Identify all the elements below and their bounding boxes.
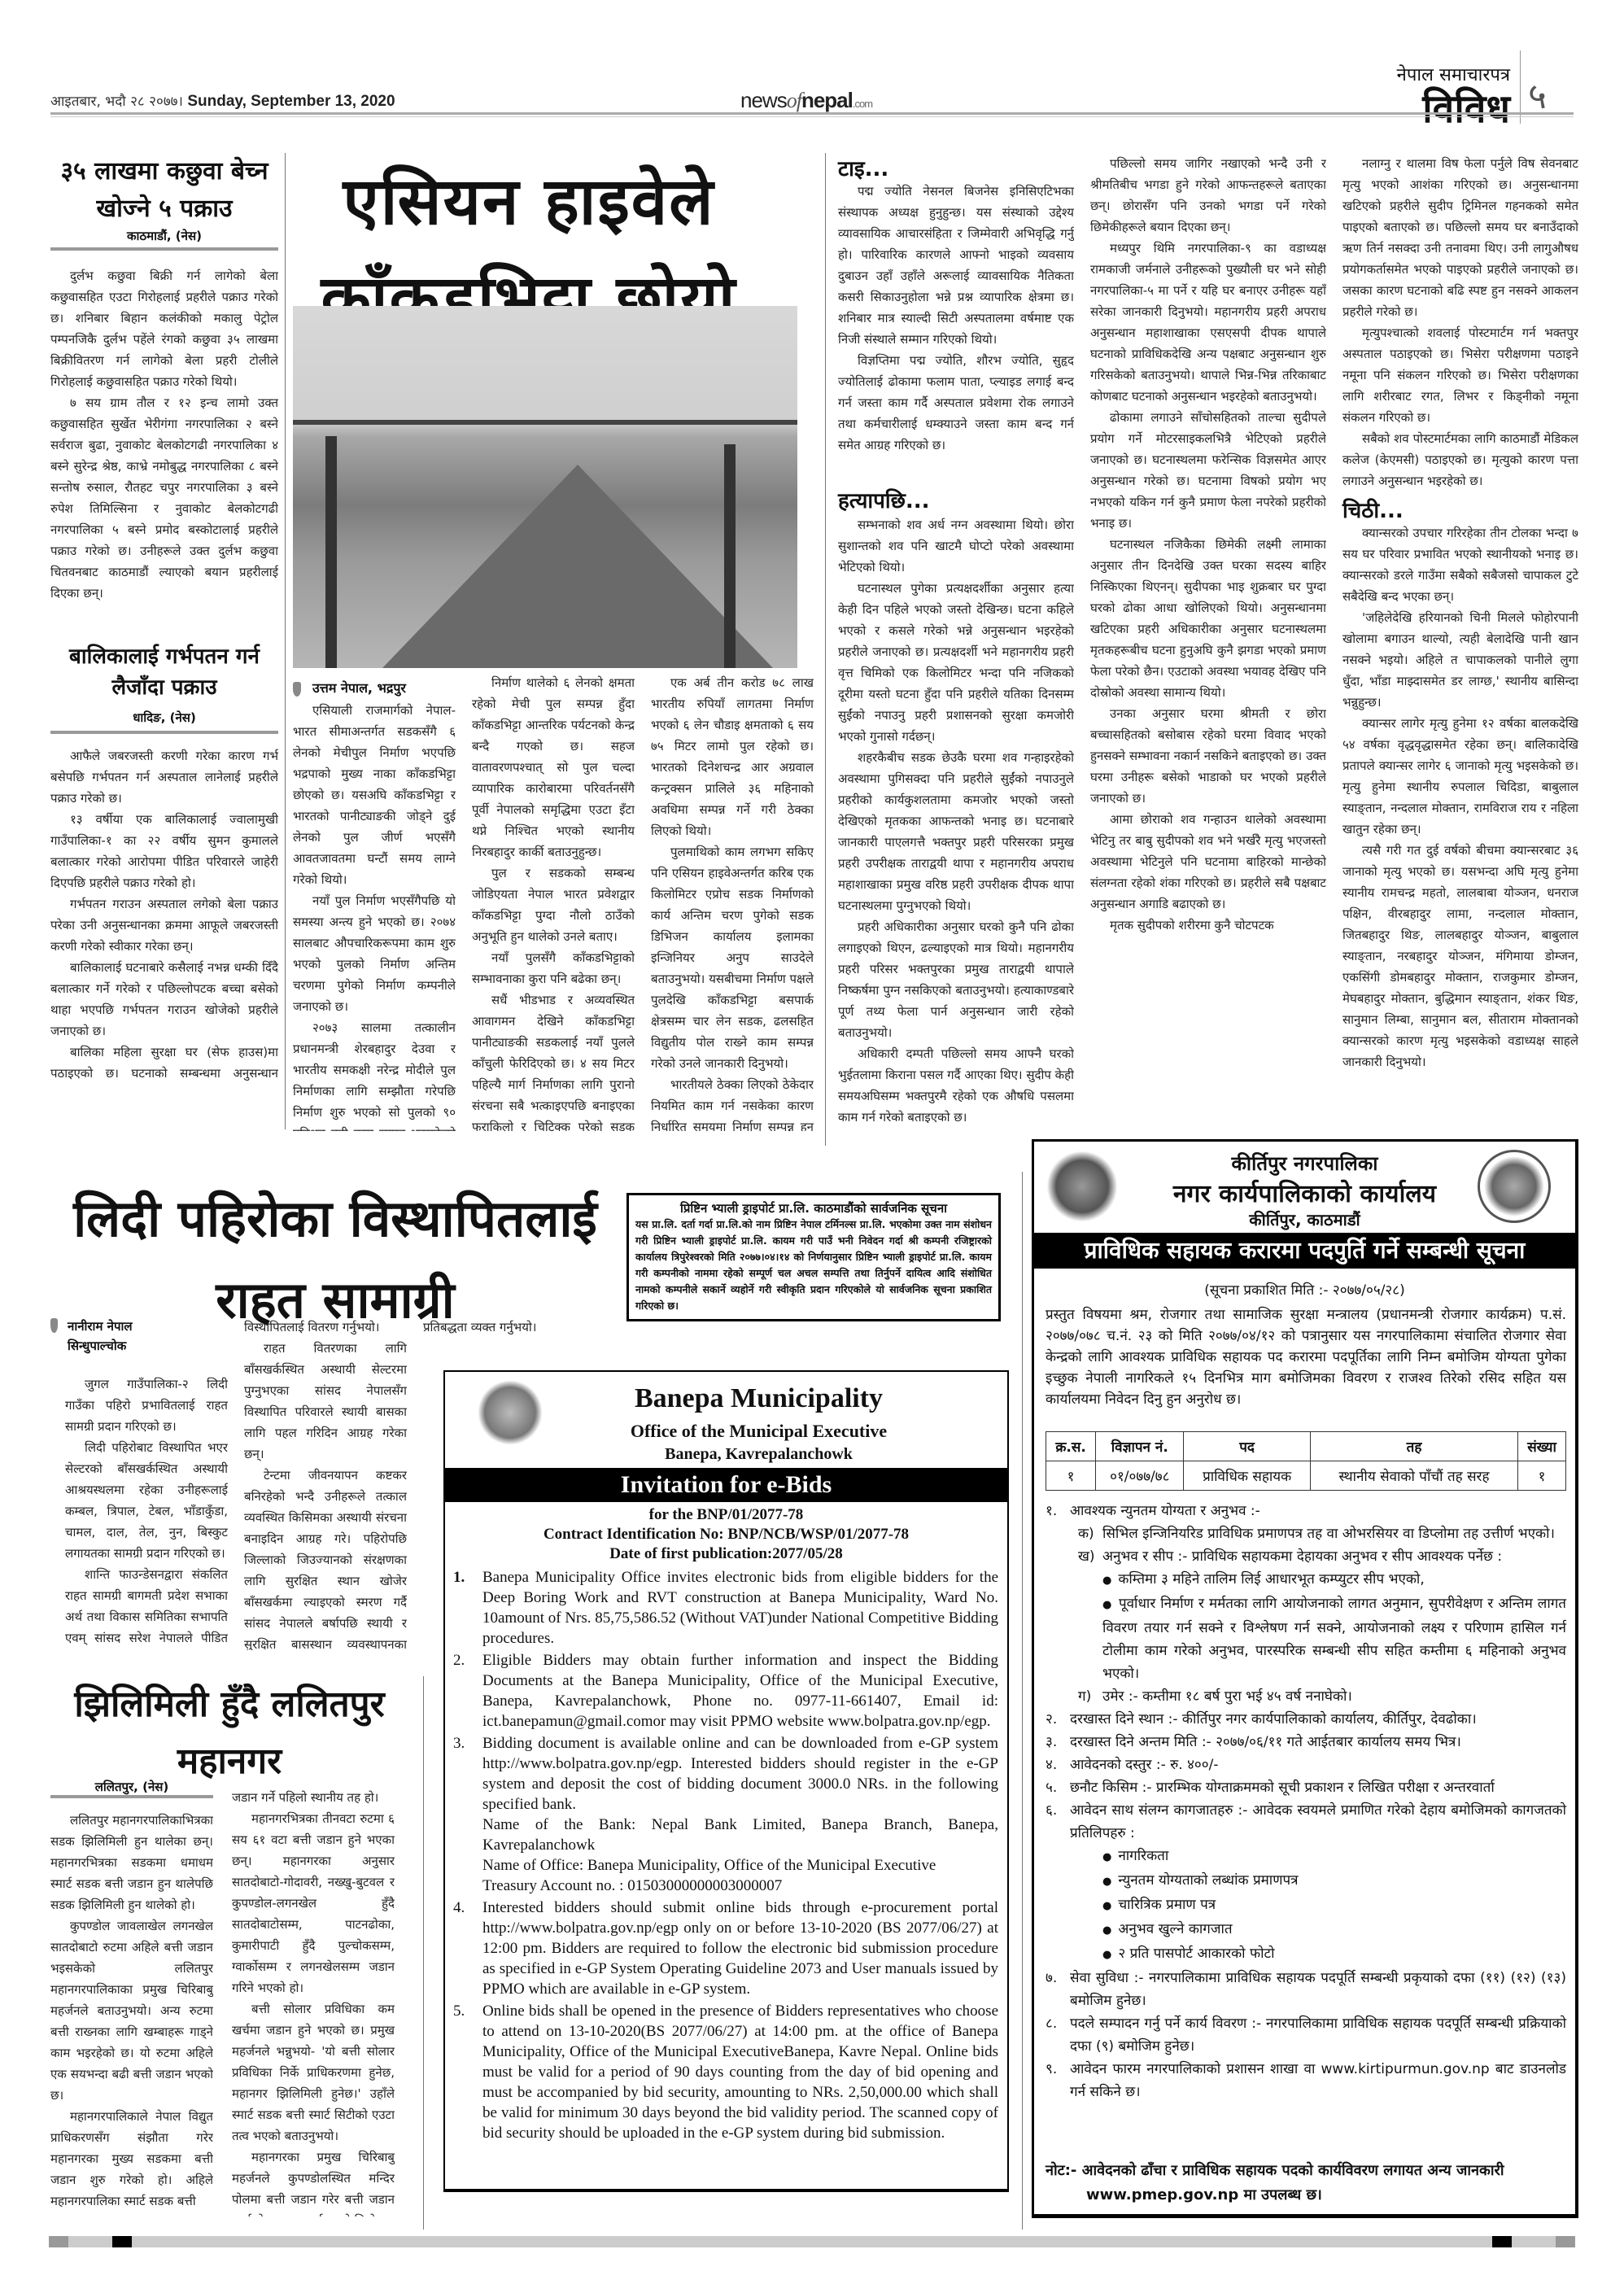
paragraph: प्रतिबद्धता व्यक्त गर्नुभयो।: [423, 1317, 602, 1338]
item-number: 1.: [453, 1567, 482, 1649]
paragraph: दुर्लभ कछुवा बिक्री गर्न लागेको बेला कछु…: [50, 265, 278, 392]
qual-ga: ग)उमेर :- कम्तीमा १८ बर्ष पुरा भई ४५ वर्…: [1078, 1685, 1566, 1708]
photo-railing: [293, 420, 797, 425]
footer-bar: [50, 2236, 1574, 2247]
paragraph: घटनास्थल पुगेका प्रत्यक्षदर्शीका अनुसार …: [838, 578, 1074, 747]
banepa-office: Office of the Municipal Executive: [445, 1421, 1007, 1442]
banepa-meta: for the BNP/01/2077-78 Contract Identifi…: [445, 1505, 1007, 1564]
paragraph: उनका अनुसार घरमा श्रीमती र छोरा बच्चासहि…: [1090, 703, 1326, 809]
vacancy-table: क्र.स. विज्ञापन नं. पद तह संख्या १ ०१/०७…: [1046, 1431, 1566, 1491]
item-text: आवेदन फारम नगरपालिकाको प्रशासन शाखा वा w…: [1070, 2058, 1566, 2103]
kirtipur-item: ७.सेवा सुविधा :- नगरपालिकामा प्राविधिक स…: [1046, 1967, 1566, 2012]
item-text: Banepa Municipality Office invites elect…: [482, 1567, 998, 1649]
item-text: Interested bidders should submit online …: [482, 1898, 998, 1999]
bullet-item: न्युनतम योग्यताको लब्धांक प्रमाणपत्र: [1102, 1869, 1566, 1893]
date-nepali: आइतबार, भदौ २८ २०७७।: [50, 94, 183, 110]
bullet-item: पूर्वाधार निर्माण र मर्मतका लागि आयोजनाक…: [1102, 1592, 1566, 1685]
paragraph: २०७३ सालमा तत्कालीन प्रधानमन्त्री शेरबहा…: [293, 1017, 456, 1131]
kirtipur-address: कीर्तिपुर, काठमाडौं: [1034, 1208, 1575, 1230]
item-number: 4.: [453, 1898, 482, 1999]
bullet-item: चारित्रिक प्रमाण पत्र: [1102, 1893, 1566, 1918]
qual-label: क): [1078, 1522, 1102, 1545]
kirtipur-item: ५.छनौट किसिम :- प्रारम्भिक योग्ताक्रममको…: [1046, 1776, 1566, 1799]
item-number: ८.: [1046, 2012, 1070, 2058]
paragraph: टेन्टमा जीवनयापन कष्टकर बनिरहेको भन्दै उ…: [244, 1465, 407, 1650]
byline-text: उत्तम नेपाल, भद्रपुर: [312, 680, 406, 696]
photo-pillar: [325, 436, 337, 668]
qual-kha: ख)अनुभव र सीप :- प्राविधिक सहायकमा देहाय…: [1078, 1545, 1566, 1568]
kirtipur-item: ८.पदले सम्पादन गर्नु पर्ने कार्य विवरण :…: [1046, 2012, 1566, 2058]
photo-pillar: [724, 444, 736, 668]
item-number: २.: [1046, 1708, 1070, 1731]
bid-for-line: for the BNP/01/2077-78: [445, 1505, 1007, 1525]
col-header: पद: [1184, 1432, 1310, 1461]
paragraph: कुपण्डोल जावलाखेल लगनखेल सातदोबाटो रुटमा…: [50, 1915, 213, 2106]
paragraph: निर्माण थालेको ६ लेनको क्षमता रहेको मेची…: [472, 672, 635, 863]
lidi-col-1: जुगल गाउँपालिका-२ लिदी गाउँका पहिरो प्रभ…: [65, 1374, 228, 1650]
paragraph: जडान गर्ने पहिलो स्थानीय तह हो।: [232, 1787, 395, 1808]
skill-bullets: कम्तिमा ३ महिने तालिम लिई आधारभूत कम्प्य…: [1102, 1568, 1566, 1685]
lalitpur-col-2: जडान गर्ने पहिलो स्थानीय तह हो। महानगरभि…: [232, 1787, 395, 2217]
paragraph: गर्भपतन गराउन अस्पताल लगेको बेला पक्राउ …: [50, 893, 278, 957]
continued-head: टाइ...: [838, 153, 888, 182]
item-number: 5.: [453, 2001, 482, 2143]
table-cell: स्थानीय सेवाको पाँचौं तह सरह: [1310, 1461, 1517, 1491]
bullet-item: अनुभव खुल्ने कागजात: [1102, 1918, 1566, 1942]
paragraph: मृतक सुदीपको शरीरमा कुनै चोटपटक: [1090, 915, 1326, 936]
kirtipur-item: २.दरखास्त दिने स्थान :- कीर्तिपुर नगर का…: [1046, 1708, 1566, 1731]
photo-road: [382, 465, 773, 668]
item-text: सेवा सुविधा :- नगरपालिकामा प्राविधिक सहा…: [1070, 1967, 1566, 2012]
paragraph: त्यसै गरी गत दुई वर्षको बीचमा क्यान्सरबा…: [1342, 840, 1578, 1072]
section-name: विविध: [1422, 81, 1510, 134]
paragraph: क्यान्सरको उपचार गरिरहेका तीन टोलका भन्द…: [1342, 522, 1578, 607]
publication-date: Date of first publication:2077/05/28: [445, 1544, 1007, 1564]
kirtipur-item: ६. आवेदन साथ संलग्न कागजातहरु :- आवेदक स…: [1046, 1799, 1566, 1967]
masthead-rule: [50, 112, 1574, 117]
kirtipur-item: ९.आवेदन फारम नगरपालिकाको प्रशासन शाखा वा…: [1046, 2058, 1566, 2103]
item-text: दरखास्त दिने स्थान :- कीर्तिपुर नगर कार्…: [1070, 1708, 1566, 1731]
paragraph: १३ वर्षीया एक बालिकालाई ज्वालामुखी गाउँप…: [50, 809, 278, 893]
banepa-items: 1.Banepa Municipality Office invites ele…: [453, 1567, 998, 2145]
contract-id: Contract Identification No: BNP/NCB/WSP/…: [445, 1525, 1007, 1544]
kirtipur-banner: प्राविधिक सहायक करारमा पदपुर्ति गर्ने सम…: [1034, 1233, 1575, 1269]
main-col-2: निर्माण थालेको ६ लेनको क्षमता रहेको मेची…: [472, 672, 635, 1131]
paragraph: नयाँ पुल निर्माण भएसँगैपछि यो समस्या अन्…: [293, 890, 456, 1017]
banepa-title: Banepa Municipality: [445, 1383, 1007, 1414]
logo-of: of: [787, 89, 801, 112]
item-number: ९.: [1046, 2058, 1070, 2103]
lalitpur-headline: झिलिमिली हुँदै ललितपुर महानगर: [50, 1676, 408, 1790]
main-col-3: एक अर्ब तीन करोड ७८ लाख भारतीय रुपियाँ ल…: [651, 672, 814, 1131]
kirtipur-title: कीर्तिपुर नगरपालिका: [1034, 1150, 1575, 1177]
qual-label: ग): [1078, 1685, 1102, 1708]
paragraph: सम्भनाको शव अर्ध नग्न अवस्थामा थियो। छोर…: [838, 514, 1074, 578]
paragraph: एसियाली राजमार्गको नेपाल-भारत सीमाअन्तर्…: [293, 700, 456, 890]
newsofnepal-logo: newsofnepal.com: [740, 88, 872, 113]
kirtipur-office: नगर कार्यपालिकाको कार्यालय: [1034, 1176, 1575, 1209]
qual-text: सिभिल इन्जिनियरिड प्राविधिक प्रमाणपत्र त…: [1102, 1522, 1555, 1545]
table-cell: १: [1046, 1461, 1096, 1491]
paragraph: ७ सय ग्राम तौल र १२ इन्च लामो उक्त कछुवा…: [50, 392, 278, 604]
note-text: आवेदनको ढाँचा र प्राविधिक सहायक पदको कार…: [1082, 2162, 1504, 2179]
notice-title: प्रिष्टिन भ्याली ड्राइपोर्ट प्रा.लि. काठ…: [635, 1200, 992, 1216]
note-label: नोट:-: [1046, 2162, 1076, 2179]
paragraph: महानगरका प्रमुख चिरिबाबु महर्जनले कुपण्ड…: [232, 2147, 395, 2217]
byline-name: नानीराम नेपाल: [68, 1319, 133, 1334]
banepa-item: 2.Eligible Bidders may obtain further in…: [453, 1650, 998, 1732]
note-url-link[interactable]: www.pmep.gov.np मा उपलब्ध छ।: [1046, 2183, 1566, 2208]
kirtipur-note: नोट:- आवेदनको ढाँचा र प्राविधिक सहायक पद…: [1046, 2159, 1566, 2208]
banepa-item: 1.Banepa Municipality Office invites ele…: [453, 1567, 998, 1649]
logo-com: .com: [853, 98, 872, 110]
byline-block: नानीराम नेपालसिन्धुपाल्चोक: [68, 1317, 133, 1356]
paragraph: महानगरपालिकाले नेपाल विद्युत प्राधिकरणसँ…: [50, 2106, 213, 2212]
item-text: Bidding document is available online and…: [482, 1733, 998, 1896]
abortion-dateline: धादिङ, (नेस): [50, 710, 278, 726]
paragraph: विस्थापितलाई वितरण गर्नुभयो।: [244, 1317, 407, 1338]
column-divider: [423, 1676, 424, 2230]
lidi-col-3: प्रतिबद्धता व्यक्त गर्नुभयो।: [423, 1317, 602, 1349]
qual-label: ख): [1078, 1545, 1102, 1568]
qual-ka: क)सिभिल इन्जिनियरिड प्राविधिक प्रमाणपत्र…: [1078, 1522, 1566, 1545]
kirtipur-item: १. आवश्यक न्युनतम योग्यता र अनुभव :- क)स…: [1046, 1500, 1566, 1708]
pen-icon: [50, 1318, 58, 1333]
continued-col-3: नलाग्नु र थालमा विष फेला पर्नुले विष सेव…: [1342, 153, 1578, 495]
paragraph: राहत वितरणका लागि बाँसखर्कस्थित अस्थायी …: [244, 1338, 407, 1465]
footer-square: [112, 2236, 132, 2247]
item-body: आवेदन साथ संलग्न कागजातहरु :- आवेदक स्वय…: [1070, 1799, 1566, 1967]
subhead-chithi: चिठी...: [1342, 495, 1404, 524]
abortion-body: आफैले जबरजस्ती करणी गरेका कारण गर्भ बसेप…: [50, 745, 278, 1087]
paragraph: पुलमाथिको काम लगभग सकिए पनि एसियन हाइवेअ…: [651, 841, 814, 1074]
table-header-row: क्र.स. विज्ञापन नं. पद तह संख्या: [1046, 1432, 1566, 1461]
kirtipur-vacancy-notice: कीर्तिपुर नगरपालिका नगर कार्यपालिकाको का…: [1032, 1139, 1578, 2218]
qual-text: अनुभव र सीप :- प्राविधिक सहायकमा देहायका…: [1102, 1545, 1502, 1568]
turtle-dateline: काठमाडौं, (नेस): [50, 228, 278, 244]
logo-news: news: [740, 88, 787, 112]
date-english: Sunday, September 13, 2020: [187, 93, 395, 110]
paragraph: शान्ति फाउन्डेसनद्वारा संकलित राहत सामग्…: [65, 1564, 228, 1650]
paragraph: आमा छोराको शव गन्हाउन थालेको अवस्थामा भे…: [1090, 809, 1326, 915]
item-number: ७.: [1046, 1967, 1070, 2012]
lalitpur-col-1: ललितपुर महानगरपालिकाभित्रका सडक झिलिमिली…: [50, 1810, 213, 2217]
paragraph: पछिल्लो समय जागिर नखाएको भन्दै उनी र श्र…: [1090, 153, 1326, 238]
byline-place: सिन्धुपाल्चोक: [68, 1339, 126, 1353]
pen-icon: [293, 682, 301, 697]
continued-col-1b: सम्भनाको शव अर्ध नग्न अवस्थामा थियो। छोर…: [838, 514, 1074, 1141]
turtle-body: दुर्लभ कछुवा बिक्री गर्न लागेको बेला कछु…: [50, 265, 278, 631]
paragraph: मृत्युपश्चात्को शवलाई पोस्टमार्टम गर्न भ…: [1342, 322, 1578, 428]
docs-bullets: नागरिकता न्युनतम योग्यताको लब्धांक प्रमा…: [1102, 1845, 1566, 1967]
item-text: आवेदन साथ संलग्न कागजातहरु :- आवेदक स्वय…: [1070, 1799, 1566, 1845]
paragraph: 'जहिलेदेखि हरियानको चिनी मिलले फोहोरपानी…: [1342, 607, 1578, 713]
banepa-item: 3.Bidding document is available online a…: [453, 1733, 998, 1896]
item-text: छनौट किसिम :- प्रारम्भिक योग्ताक्रममको स…: [1070, 1776, 1566, 1799]
lidi-col-2: विस्थापितलाई वितरण गर्नुभयो। राहत वितरणक…: [244, 1317, 407, 1650]
item-body: आवश्यक न्युनतम योग्यता र अनुभव :- क)सिभि…: [1070, 1500, 1566, 1708]
paragraph: लिदी पहिरोबाट विस्थापित भएर सेल्टरको बाँ…: [65, 1437, 228, 1564]
paragraph: नयाँ पुलसँगै काँकडभिट्टाको सम्भावनाका कु…: [472, 947, 635, 989]
abortion-rule: [50, 731, 278, 734]
kirtipur-pub-date: (सूचना प्रकाशित मिति :- २०७७/०५/२८): [1034, 1280, 1575, 1299]
footer-square: [1492, 2236, 1512, 2247]
kirtipur-items: १. आवश्यक न्युनतम योग्यता र अनुभव :- क)स…: [1046, 1500, 1566, 2103]
paragraph: बालिकालाई घटनाबारे कसैलाई नभन्न धम्की दि…: [50, 957, 278, 1042]
paragraph: बत्ती सोलार प्रविधिका कम खर्चमा जडान हुन…: [232, 1998, 395, 2147]
paragraph: भारतीयले ठेक्का लिएको ठेकेदार नियमित काम…: [651, 1074, 814, 1131]
col-header: क्र.स.: [1046, 1432, 1096, 1461]
continued-col-1: पद्म ज्योति नेसनल बिजनेस इनिसिएटिभका संस…: [838, 181, 1074, 482]
turtle-headline: ३५ लाखमा कछुवा बेच्न खोज्ने ५ पक्राउ: [50, 153, 278, 228]
paragraph: आफैले जबरजस्ती करणी गरेका कारण गर्भ बसेप…: [50, 745, 278, 809]
bullet-item: कम्तिमा ३ महिने तालिम लिई आधारभूत कम्प्य…: [1102, 1568, 1566, 1592]
table-row: १ ०१/०७७/७८ प्राविधिक सहायक स्थानीय सेवा…: [1046, 1461, 1566, 1491]
banepa-address: Banepa, Kavrepalanchowk: [445, 1445, 1007, 1464]
paragraph: पद्म ज्योति नेसनल बिजनेस इनिसिएटिभका संस…: [838, 181, 1074, 350]
banepa-item: 4.Interested bidders should submit onlin…: [453, 1898, 998, 1999]
item-text: दरखास्त दिने अन्तम मिति :- २०७७/०६/११ गत…: [1070, 1731, 1566, 1754]
banepa-item: 5.Online bids shall be opened in the pre…: [453, 2001, 998, 2143]
subhead-hatya: हत्यापछि...: [838, 485, 930, 514]
banepa-ebid-notice: Banepa Municipality Office of the Munici…: [443, 1370, 1009, 2192]
bullet-item: नागरिकता: [1102, 1845, 1566, 1869]
item-number: १.: [1046, 1500, 1070, 1708]
paragraph: नलाग्नु र थालमा विष फेला पर्नुले विष सेव…: [1342, 153, 1578, 322]
paragraph: ढोकामा लगाउने साँचोसहितको ताल्चा सुदीपले…: [1090, 407, 1326, 534]
item-number: 3.: [453, 1733, 482, 1896]
kirtipur-item: ४.आवेदनको दस्तुर :- रु. ४००/-: [1046, 1754, 1566, 1776]
logo-nepal: nepal: [801, 88, 853, 112]
bullet-item: २ प्रति पासपोर्ट आकारको फोटो: [1102, 1942, 1566, 1967]
item-number: ६.: [1046, 1799, 1070, 1967]
paragraph: सबैको शव पोस्टमार्टमका लागि काठमाडौं मेड…: [1342, 428, 1578, 491]
lalitpur-dateline: ललितपुर, (नेस): [50, 1779, 213, 1795]
table-cell: ०१/०७७/७८: [1096, 1461, 1184, 1491]
paragraph: एक अर्ब तीन करोड ७८ लाख भारतीय रुपियाँ ल…: [651, 672, 814, 841]
turtle-rule: [50, 247, 278, 251]
footer-square: [49, 2236, 68, 2247]
bridge-photo: [293, 306, 797, 668]
item-text: आवेदनको दस्तुर :- रु. ४००/-: [1070, 1754, 1566, 1776]
continued-col-2: पछिल्लो समय जागिर नखाएको भन्दै उनी र श्र…: [1090, 153, 1326, 1146]
paragraph: मध्यपुर थिमि नगरपालिका-९ का वडाध्यक्ष रा…: [1090, 238, 1326, 407]
table-cell: प्राविधिक सहायक: [1184, 1461, 1310, 1491]
lalitpur-rule: [50, 1795, 213, 1798]
column-divider: [1022, 1172, 1023, 2230]
notice-body: यस प्रा.लि. दर्ता गर्दा प्रा.लि.को नाम प…: [635, 1216, 992, 1314]
table-cell: १: [1518, 1461, 1566, 1491]
item-text: Online bids shall be opened in the prese…: [482, 2001, 998, 2143]
column-divider: [825, 153, 826, 1146]
main-col-1: एसियाली राजमार्गको नेपाल-भारत सीमाअन्तर्…: [293, 700, 456, 1131]
item-number: ४.: [1046, 1754, 1070, 1776]
item-text: Eligible Bidders may obtain further info…: [482, 1650, 998, 1732]
item-number: ३.: [1046, 1731, 1070, 1754]
paragraph: बालिका महिला सुरक्षा घर (सेफ हाउस)मा पठा…: [50, 1042, 278, 1087]
page-number: ५: [1528, 70, 1547, 119]
item-text: आवश्यक न्युनतम योग्यता र अनुभव :-: [1070, 1500, 1566, 1522]
item-number: 2.: [453, 1650, 482, 1732]
banepa-banner: Invitation for e-Bids: [445, 1468, 1007, 1502]
kirtipur-intro: प्रस्तुत विषयमा श्रम, रोजगार तथा सामाजिक…: [1046, 1304, 1566, 1410]
paragraph: पुल र सडकको सम्बन्ध जोडिएयता नेपाल भारत …: [472, 863, 635, 947]
item-number: ५.: [1046, 1776, 1070, 1799]
paragraph: महानगरभित्रका तीनवटा रुटमा ६ सय ६१ वटा ब…: [232, 1808, 395, 1998]
col-header: संख्या: [1518, 1432, 1566, 1461]
lidi-byline: नानीराम नेपालसिन्धुपाल्चोक: [50, 1317, 133, 1356]
continued-col-3b: क्यान्सरको उपचार गरिरहेका तीन टोलका भन्द…: [1342, 522, 1578, 1141]
paragraph: शहरकैबीच सडक छेउकै घरमा शव गन्हाइरहेको अ…: [838, 747, 1074, 916]
masthead-date: आइतबार, भदौ २८ २०७७। Sunday, September 1…: [50, 91, 395, 111]
col-header: विज्ञापन नं.: [1096, 1432, 1184, 1461]
qual-text: उमेर :- कम्तीमा १८ बर्ष पुरा भई ४५ वर्ष …: [1102, 1685, 1352, 1708]
abortion-headline: बालिकालाई गर्भपतन गर्न लैजाँदा पक्राउ: [50, 641, 278, 703]
paragraph: जुगल गाउँपालिका-२ लिदी गाउँका पहिरो प्रभ…: [65, 1374, 228, 1437]
public-notice-pristine: प्रिष्टिन भ्याली ड्राइपोर्ट प्रा.लि. काठ…: [626, 1193, 1001, 1321]
paragraph: विज्ञप्तिमा पद्म ज्योति, शौरभ ज्योति, सु…: [838, 350, 1074, 456]
paragraph: प्रहरी अधिकारीका अनुसार घरको कुनै पनि ढो…: [838, 916, 1074, 1043]
paragraph: क्यान्सर लागेर मृत्यु हुनेमा १२ वर्षका ब…: [1342, 713, 1578, 840]
paragraph: सधैं भीडभाड र अव्यवस्थित आवागमन देखिने क…: [472, 989, 635, 1131]
col-header: तह: [1310, 1432, 1517, 1461]
footer-square: [1556, 2236, 1575, 2247]
paragraph: ललितपुर महानगरपालिकाभित्रका सडक झिलिमिली…: [50, 1810, 213, 1915]
paragraph: घटनास्थल नजिकैका छिमेकी लक्ष्मी लामाका अ…: [1090, 534, 1326, 703]
kirtipur-item: ३.दरखास्त दिने अन्तम मिति :- २०७७/०६/११ …: [1046, 1731, 1566, 1754]
paragraph: अधिकारी दम्पती पछिल्लो समय आफ्नै घरको भु…: [838, 1043, 1074, 1128]
main-byline: उत्तम नेपाल, भद्रपुर: [293, 679, 406, 697]
item-text: पदले सम्पादन गर्नु पर्ने कार्य विवरण :- …: [1070, 2012, 1566, 2058]
